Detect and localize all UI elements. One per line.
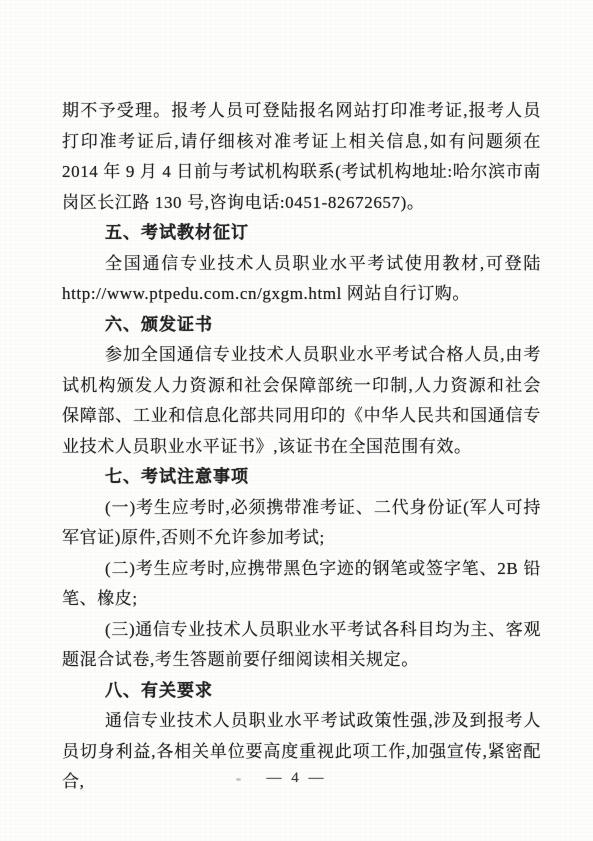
scanned-document-page: 期不予受理。报考人员可登陆报名网站打印准考证,报考人员打印准考证后,请仔细核对准… [0, 0, 593, 841]
page-number: — 4 — [0, 770, 593, 787]
section-heading-related-requirements: 八、有关要求 [62, 676, 541, 707]
paragraph-textbook-order: 全国通信专业技术人员职业水平考试使用教材,可登陆 http://www.ptpe… [62, 249, 541, 310]
paragraph-admission-ticket-notice: 期不予受理。报考人员可登陆报名网站打印准考证,报考人员打印准考证后,请仔细核对准… [62, 96, 541, 218]
section-heading-exam-notes: 七、考试注意事项 [62, 462, 541, 493]
scan-artifact [236, 778, 241, 781]
document-body: 期不予受理。报考人员可登陆报名网站打印准考证,报考人员打印准考证后,请仔细核对准… [62, 96, 541, 798]
paragraph-exam-note-2: (二)考生应考时,应携带黑色字迹的钢笔或签字笔、2B 铅笔、橡皮; [62, 554, 541, 615]
paragraph-exam-note-1: (一)考生应考时,必须携带准考证、二代身份证(军人可持军官证)原件,否则不允许参… [62, 493, 541, 554]
paragraph-exam-note-3: (三)通信专业技术人员职业水平考试各科目均为主、客观题混合试卷,考生答题前要仔细… [62, 615, 541, 676]
section-heading-exam-textbook-order: 五、考试教材征订 [62, 218, 541, 249]
section-heading-certificate-issuance: 六、颁发证书 [62, 310, 541, 341]
paragraph-certificate-issuance: 参加全国通信专业技术人员职业水平考试合格人员,由考试机构颁发人力资源和社会保障部… [62, 340, 541, 462]
